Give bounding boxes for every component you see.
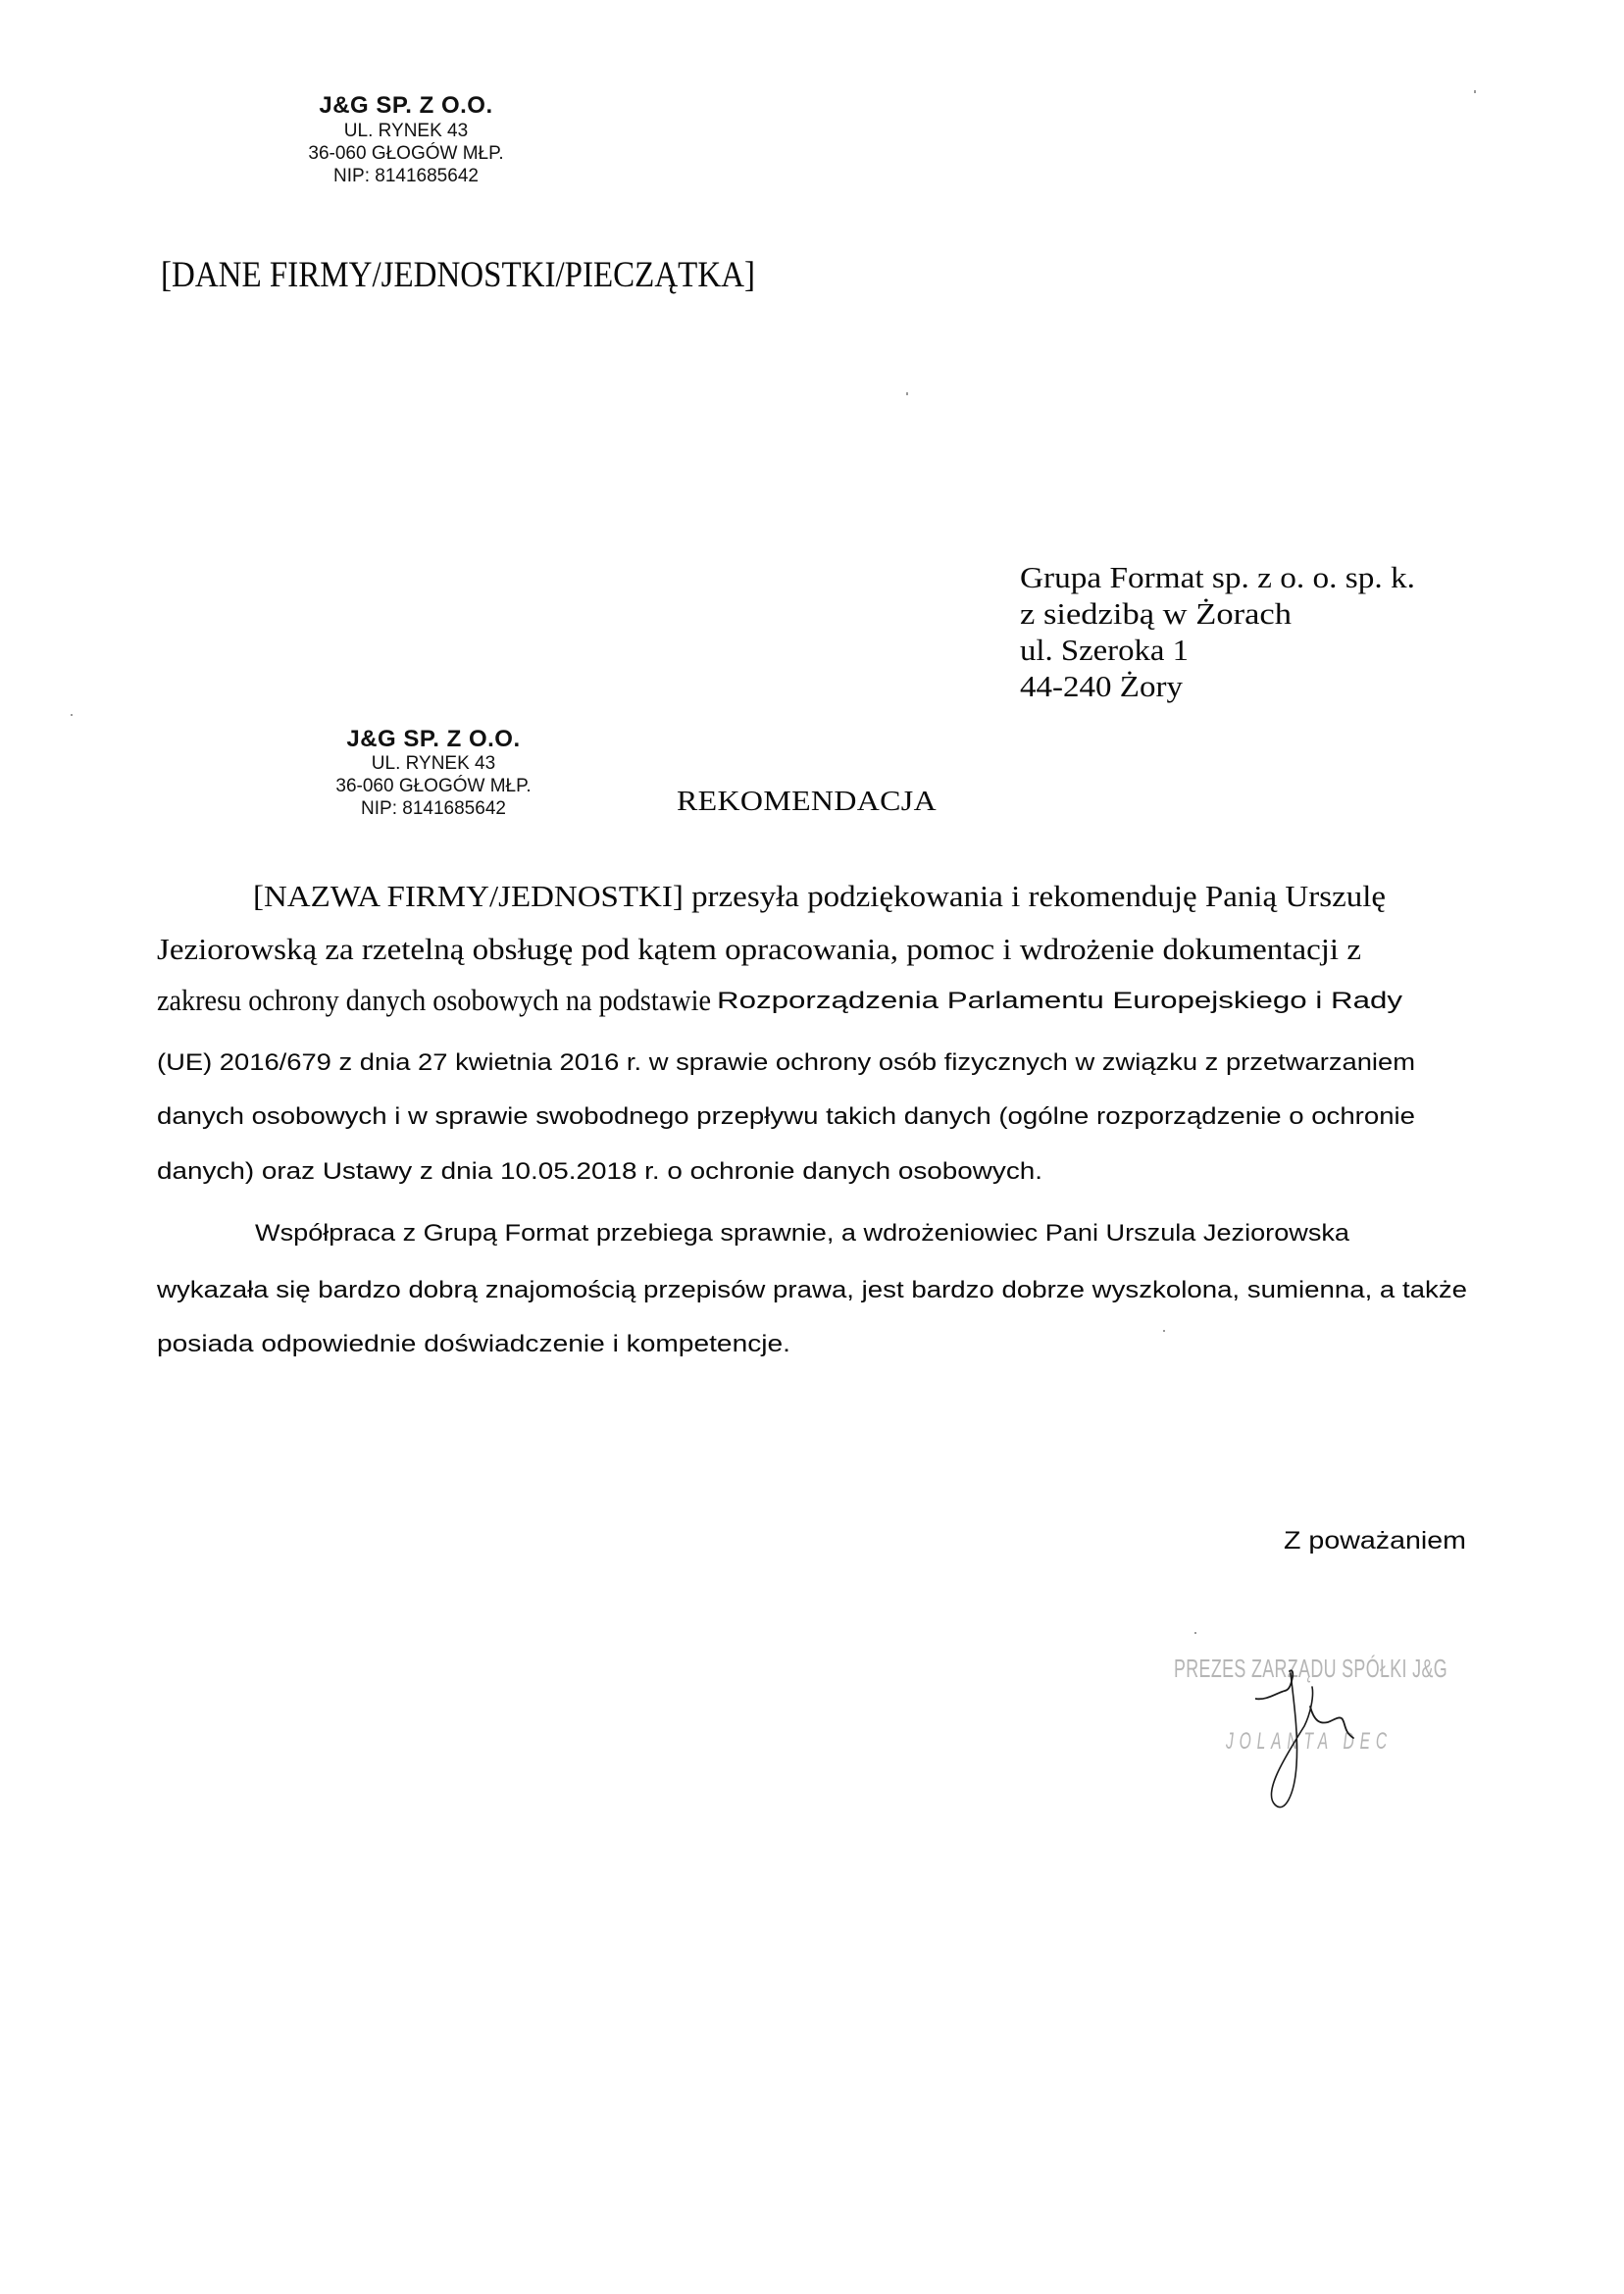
recipient-line: 44-240 Żory: [1020, 671, 1173, 701]
body-line: wykazała się bardzo dobrą znajomością pr…: [157, 1279, 1295, 1302]
sender-placeholder: [DANE FIRMY/JEDNOSTKI/PIECZĄTKA]: [161, 257, 827, 293]
recipient-line: z siedzibą w Żorach: [1020, 598, 1264, 629]
scan-speck: [906, 392, 908, 395]
sender-placeholder-text: [DANE FIRMY/JEDNOSTKI/PIECZĄTKA]: [161, 257, 755, 293]
body-line-text: wykazała się bardzo dobrą znajomością pr…: [157, 1279, 1467, 1302]
stamp-company-name: J&G SP. Z O.O.: [288, 94, 524, 118]
closing-salutation: Z poważaniem: [1284, 1529, 1444, 1554]
scan-speck: [1163, 1330, 1165, 1332]
body-line: Współpraca z Grupą Format przebiega spra…: [255, 1222, 1224, 1246]
stamp-city: 36-060 GŁOGÓW MŁP.: [288, 144, 524, 163]
scan-speck: [1474, 90, 1476, 93]
body-line: zakresu ochrony danych osobowych na pods…: [157, 985, 766, 1015]
body-line: Rozporządzenia Parlamentu Europejskiego …: [717, 990, 1243, 1013]
recipient-line-text: ul. Szeroka 1: [1020, 635, 1189, 665]
scan-speck: [71, 714, 73, 716]
body-line: danych osobowych i w sprawie swobodnego …: [157, 1105, 1252, 1129]
recipient-line-text: z siedzibą w Żorach: [1020, 598, 1292, 629]
body-line: Jeziorowską za rzetelną obsługę pod kąte…: [157, 934, 1288, 964]
body-line: (UE) 2016/679 z dnia 27 kwietnia 2016 r.…: [157, 1051, 1261, 1075]
stamp-nip: NIP: 8141685642: [288, 167, 524, 185]
letter-page: J&G SP. Z O.O. UL. RYNEK 43 36-060 GŁOGÓ…: [0, 0, 1624, 2294]
body-line-text: (UE) 2016/679 z dnia 27 kwietnia 2016 r.…: [157, 1051, 1415, 1075]
body-line-text: [NAZWA FIRMY/JEDNOSTKI] przesyła podzięk…: [253, 881, 1386, 911]
body-line-text: danych osobowych i w sprawie swobodnego …: [157, 1105, 1415, 1129]
body-line-text: Współpraca z Grupą Format przebiega spra…: [255, 1222, 1349, 1246]
company-stamp-top: J&G SP. Z O.O. UL. RYNEK 43 36-060 GŁOGÓ…: [288, 94, 524, 185]
closing-salutation-text: Z poważaniem: [1284, 1529, 1466, 1554]
body-line-text: posiada odpowiednie doświadczenie i komp…: [157, 1333, 790, 1356]
recipient-line-text: 44-240 Żory: [1020, 671, 1183, 701]
company-stamp-middle: J&G SP. Z O.O. UL. RYNEK 43 36-060 GŁOGÓ…: [316, 728, 551, 818]
body-line-text: Rozporządzenia Parlamentu Europejskiego …: [717, 990, 1402, 1013]
stamp-company-name: J&G SP. Z O.O.: [316, 728, 551, 751]
stamp-city: 36-060 GŁOGÓW MŁP.: [316, 777, 551, 795]
body-line-text: zakresu ochrony danych osobowych na pods…: [157, 985, 711, 1015]
recipient-line-text: Grupa Format sp. z o. o. sp. k.: [1020, 562, 1415, 592]
body-line: [NAZWA FIRMY/JEDNOSTKI] przesyła podzięk…: [253, 881, 1318, 911]
body-line: posiada odpowiednie doświadczenie i komp…: [157, 1333, 697, 1356]
handwritten-signature: [1255, 1667, 1393, 1814]
scan-speck: [1194, 1632, 1196, 1634]
body-line: danych) oraz Ustawy z dnia 10.05.2018 r.…: [157, 1160, 920, 1184]
stamp-street: UL. RYNEK 43: [316, 754, 551, 773]
recipient-line: ul. Szeroka 1: [1020, 635, 1180, 665]
stamp-nip: NIP: 8141685642: [316, 799, 551, 818]
recipient-line: Grupa Format sp. z o. o. sp. k.: [1020, 562, 1388, 592]
body-line-text: danych) oraz Ustawy z dnia 10.05.2018 r.…: [157, 1160, 1042, 1184]
body-line-text: Jeziorowską za rzetelną obsługę pod kąte…: [157, 934, 1361, 964]
letter-title-text: REKOMENDACJA: [677, 788, 937, 816]
stamp-street: UL. RYNEK 43: [288, 122, 524, 140]
letter-title: REKOMENDACJA: [677, 788, 912, 816]
